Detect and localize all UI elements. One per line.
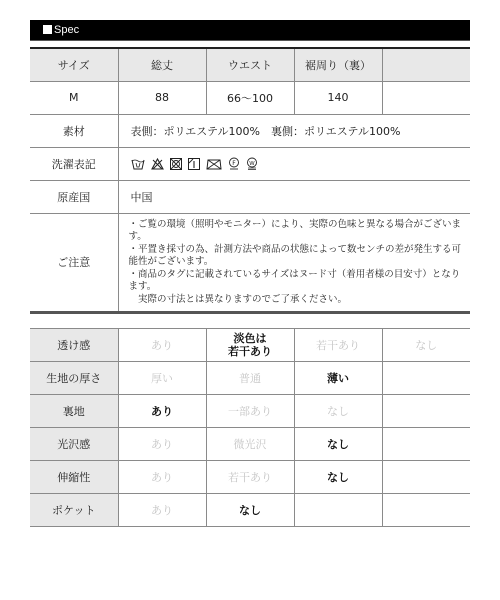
attribute-row: 光沢感あり微光沢なし (30, 428, 470, 461)
svg-text:W: W (249, 161, 255, 167)
attribute-option-selected: あり (118, 395, 206, 428)
size-cell (382, 81, 470, 114)
note-line: ・平置き採寸の為、計測方法や商品の状態によって数センチの差が発生する可能性がござ… (129, 244, 465, 269)
size-row: M 88 66〜100 140 (30, 81, 470, 114)
size-header-cell (382, 48, 470, 81)
attribute-option (382, 362, 470, 395)
size-cell: M (30, 81, 118, 114)
attribute-option (382, 494, 470, 527)
size-header-cell: 裾周り（裏） (294, 48, 382, 81)
care-row: 洗濯表記 F W (30, 147, 470, 180)
attribute-option: 微光沢 (206, 428, 294, 461)
attribute-option (382, 461, 470, 494)
origin-value: 中国 (118, 180, 470, 213)
notes-text: ・ご覧の環境（照明やモニター）により、実際の色味と異なる場合がございます。 ・平… (118, 213, 470, 313)
note-line: ・ご覧の環境（照明やモニター）により、実際の色味と異なる場合がございます。 (129, 219, 465, 244)
dry-clean-f-icon: F (228, 157, 240, 170)
size-header-cell: 総丈 (118, 48, 206, 81)
attribute-option: 若干あり (294, 329, 382, 362)
attribute-row: 伸縮性あり若干ありなし (30, 461, 470, 494)
size-cell: 140 (294, 81, 382, 114)
attribute-label: 光沢感 (30, 428, 118, 461)
attribute-label: 透け感 (30, 329, 118, 362)
line-dry-shade-icon (188, 158, 200, 170)
attribute-row: 生地の厚さ厚い普通薄い (30, 362, 470, 395)
no-tumble-dry-icon (170, 158, 182, 170)
attribute-label: 伸縮性 (30, 461, 118, 494)
material-value: 表側：ポリエステル100% 裏側：ポリエステル100% (118, 114, 470, 147)
attribute-row: 透け感あり淡色は 若干あり若干ありなし (30, 329, 470, 362)
fabric-attributes-table: 透け感あり淡色は 若干あり若干ありなし生地の厚さ厚い普通薄い裏地あり一部ありなし… (30, 328, 470, 527)
attribute-row: 裏地あり一部ありなし (30, 395, 470, 428)
wet-clean-w-icon: W (246, 157, 258, 170)
attribute-option: あり (118, 329, 206, 362)
care-label: 洗濯表記 (30, 147, 118, 180)
size-cell: 66〜100 (206, 81, 294, 114)
attribute-option (382, 428, 470, 461)
no-bleach-icon (151, 158, 164, 170)
attribute-option: 普通 (206, 362, 294, 395)
attribute-option-selected: 淡色は 若干あり (206, 329, 294, 362)
size-header-cell: サイズ (30, 48, 118, 81)
attribute-label: ポケット (30, 494, 118, 527)
attribute-row: ポケットありなし (30, 494, 470, 527)
attribute-option: あり (118, 461, 206, 494)
attribute-option: 厚い (118, 362, 206, 395)
attribute-option (382, 395, 470, 428)
attribute-option: あり (118, 428, 206, 461)
attribute-label: 生地の厚さ (30, 362, 118, 395)
hand-wash-30-icon (131, 158, 145, 170)
attribute-option: なし (294, 395, 382, 428)
origin-label: 原産国 (30, 180, 118, 213)
size-table: サイズ 総丈 ウエスト 裾周り（裏） M 88 66〜100 140 素材 表側… (30, 47, 470, 314)
attribute-option: 若干あり (206, 461, 294, 494)
attribute-option-selected: なし (294, 428, 382, 461)
origin-row: 原産国 中国 (30, 180, 470, 213)
attribute-option-selected: なし (294, 461, 382, 494)
size-header-row: サイズ 総丈 ウエスト 裾周り（裏） (30, 48, 470, 81)
material-label: 素材 (30, 114, 118, 147)
spec-header-bar: Spec (30, 20, 470, 41)
notes-label: ご注意 (30, 213, 118, 313)
spec-sheet: Spec サイズ 総丈 ウエスト 裾周り（裏） M 88 66〜100 140 … (30, 20, 470, 527)
attribute-option-selected: 薄い (294, 362, 382, 395)
spec-title: Spec (54, 24, 79, 36)
size-header-cell: ウエスト (206, 48, 294, 81)
attribute-option: なし (382, 329, 470, 362)
size-cell: 88 (118, 81, 206, 114)
low-iron-cloth-icon (206, 158, 222, 170)
square-bullet-icon (43, 25, 52, 34)
notes-row: ご注意 ・ご覧の環境（照明やモニター）により、実際の色味と異なる場合がございます… (30, 213, 470, 313)
svg-text:F: F (232, 160, 236, 167)
attribute-option (294, 494, 382, 527)
attribute-option-selected: なし (206, 494, 294, 527)
care-icons: F W (118, 147, 470, 180)
attribute-option: 一部あり (206, 395, 294, 428)
material-row: 素材 表側：ポリエステル100% 裏側：ポリエステル100% (30, 114, 470, 147)
attribute-label: 裏地 (30, 395, 118, 428)
note-line: ・商品のタグに記載されているサイズはヌード寸（着用者様の目安寸）となります。 (129, 269, 465, 294)
note-line: 実際の寸法とは異なりますのでご了承ください。 (129, 294, 465, 307)
attribute-option: あり (118, 494, 206, 527)
